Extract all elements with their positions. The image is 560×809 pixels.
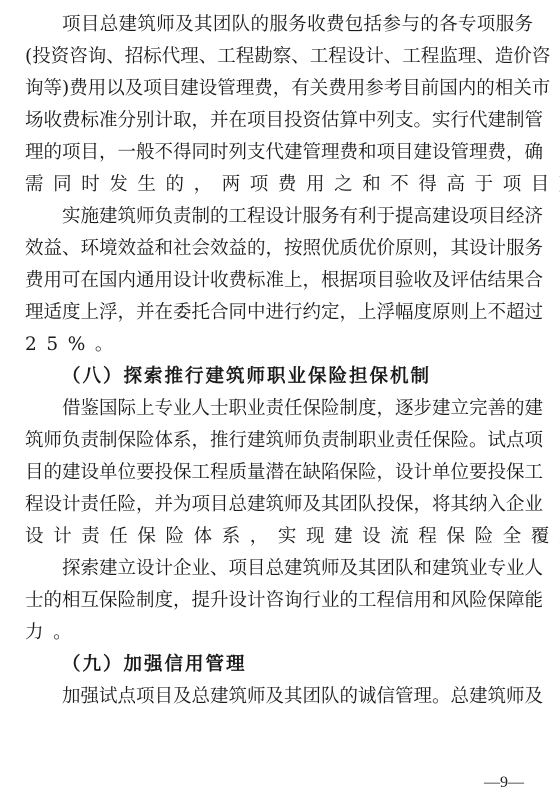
text-line: 25%。: [25, 329, 533, 361]
text-line: 筑师负责制保险体系，推行建筑师负责制职业责任保险。试点项: [25, 425, 533, 457]
text-line: 费用可在国内通用设计收费标准上，根据项目验收及评估结果合: [25, 265, 533, 297]
text-line: 目的建设单位要投保工程质量潜在缺陷保险，设计单位要投保工: [25, 457, 533, 489]
text-line: 实施建筑师负责制的工程设计服务有利于提高建设项目经济: [25, 201, 533, 233]
document-page: 项目总建筑师及其团队的服务收费包括参与的各专项服务(投资咨询、招标代理、工程勘察…: [0, 0, 560, 809]
text-line: 设计责任保险体系，实现建设流程保险全覆盖。: [25, 521, 533, 553]
text-line: 需同时发生的，两项费用之和不得高于项目建设管理费限额。: [25, 169, 533, 201]
text-line: 询等)费用以及项目建设管理费，有关费用参考目前国内的相关市: [25, 73, 533, 105]
text-line: 程设计责任险，并为项目总建筑师及其团队投保，将其纳入企业: [25, 489, 533, 521]
body-text: 项目总建筑师及其团队的服务收费包括参与的各专项服务(投资咨询、招标代理、工程勘察…: [25, 9, 533, 713]
text-line: 借鉴国际上专业人士职业责任保险制度，逐步建立完善的建: [25, 393, 533, 425]
text-line: 理的项目，一般不得同时列支代建管理费和项目建设管理费，确: [25, 137, 533, 169]
text-line: 士的相互保险制度，提升设计咨询行业的工程信用和风险保障能: [25, 585, 533, 617]
text-line: 探索建立设计企业、项目总建筑师及其团队和建筑业专业人: [25, 553, 533, 585]
text-line: 理适度上浮，并在委托合同中进行约定，上浮幅度原则上不超过: [25, 297, 533, 329]
section-heading: （八）探索推行建筑师职业保险担保机制: [25, 361, 533, 393]
page-number: —9—: [484, 774, 524, 792]
text-line: (投资咨询、招标代理、工程勘察、工程设计、工程监理、造价咨: [25, 41, 533, 73]
text-line: 效益、环境效益和社会效益的，按照优质优价原则，其设计服务: [25, 233, 533, 265]
section-heading: （九）加强信用管理: [25, 649, 533, 681]
text-line: 场收费标准分别计取，并在项目投资估算中列支。实行代建制管: [25, 105, 533, 137]
text-line: 加强试点项目及总建筑师及其团队的诚信管理。总建筑师及: [25, 681, 533, 713]
text-line: 项目总建筑师及其团队的服务收费包括参与的各专项服务: [25, 9, 533, 41]
text-line: 力。: [25, 617, 533, 649]
